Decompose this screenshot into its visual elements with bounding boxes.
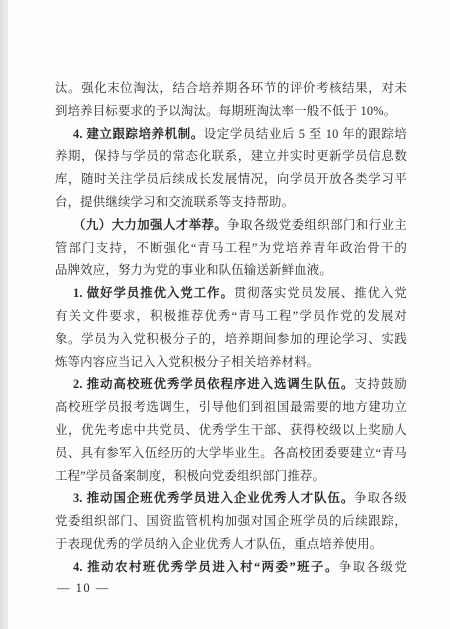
text-line: 3. 推动国企班优秀学员进入企业优秀人才队伍。争取各级 bbox=[55, 487, 407, 510]
line-body-text: 有关文件要求，积极推荐优秀“青马工程”学员作党的发展对 bbox=[55, 309, 407, 323]
page-left-edge-shadow bbox=[0, 0, 8, 629]
text-line: （九）大力加强人才举荐。争取各级党委组织部门和行业主 bbox=[55, 214, 407, 237]
text-line: 2. 推动高校班优秀学员依程序进入选调生队伍。支持鼓励 bbox=[55, 373, 407, 396]
page-number: — 10 — bbox=[57, 578, 110, 598]
text-line: 库，随时关注学员后续成长发展情况，向学员开放各类学习平 bbox=[55, 168, 407, 191]
line-body-text: 贯彻落实党员发展、推优入党 bbox=[234, 286, 407, 300]
text-line: 炼等内容应当记入入党积极分子相关培养材料。 bbox=[55, 351, 407, 374]
text-line: 业，优先考虑中共党员、优秀学生干部、获得校级以上奖励人 bbox=[55, 419, 407, 442]
line-body-text: 于表现优秀的学员纳入企业优秀人才队伍，重点培养使用。 bbox=[55, 537, 382, 551]
text-line: 台，提供继续学习和交流联系等支持帮助。 bbox=[55, 191, 407, 214]
text-line: 党委组织部门、国资监管机构加强对国企班学员的后续跟踪，对 bbox=[55, 510, 407, 533]
line-body-text: 争取各级党 bbox=[339, 560, 407, 574]
line-body-text: 支持鼓励 bbox=[354, 377, 407, 391]
line-body-text: 工程”学员备案制度，积极向党委组织部门推荐。 bbox=[55, 469, 325, 483]
line-body-text: 炼等内容应当记入入党积极分子相关培养材料。 bbox=[55, 355, 319, 369]
line-body-text: 象。学员为入党积极分子的，培养期间参加的理论学习、实践锻 bbox=[55, 332, 407, 351]
paragraph-lead-text: 4. 推动农村班优秀学员进入村“两委”班子。 bbox=[73, 560, 339, 574]
line-body-text: 管部门支持，不断强化“青马工程”为党培养青年政治骨干的 bbox=[55, 241, 407, 255]
line-body-text: 品牌效应，努力为党的事业和队伍输送新鲜血液。 bbox=[55, 263, 332, 277]
line-body-text: 台，提供继续学习和交流联系等支持帮助。 bbox=[55, 195, 294, 209]
line-body-text: 到培养目标要求的予以淘汰。每期班淘汰率一般不低于 10%。 bbox=[55, 104, 396, 118]
line-body-text: 业，优先考虑中共党员、优秀学生干部、获得校级以上奖励人 bbox=[55, 423, 407, 437]
text-line: 于表现优秀的学员纳入企业优秀人才队伍，重点培养使用。 bbox=[55, 533, 407, 556]
line-body-text: 党委组织部门、国资监管机构加强对国企班学员的后续跟踪，对 bbox=[55, 514, 407, 533]
paragraph-lead-text: 4. 建立跟踪培养机制。 bbox=[73, 127, 204, 141]
text-line: 到培养目标要求的予以淘汰。每期班淘汰率一般不低于 10%。 bbox=[55, 100, 407, 123]
text-line: 品牌效应，努力为党的事业和队伍输送新鲜血液。 bbox=[55, 259, 407, 282]
text-line: 有关文件要求，积极推荐优秀“青马工程”学员作党的发展对 bbox=[55, 305, 407, 328]
text-line: 4. 建立跟踪培养机制。设定学员结业后 5 至 10 年的跟踪培 bbox=[55, 123, 407, 146]
text-line: 管部门支持，不断强化“青马工程”为党培养青年政治骨干的 bbox=[55, 237, 407, 260]
line-body-text: 汰。强化末位淘汰，结合培养期各环节的评价考核结果，对未达 bbox=[55, 81, 407, 100]
line-body-text: 养期，保持与学员的常态化联系，建立并实时更新学员信息数据 bbox=[55, 149, 407, 168]
paragraph-lead-text: 1. 做好学员推优入党工作。 bbox=[73, 286, 234, 300]
paragraph-lead-text: （九）大力加强人才举荐。 bbox=[73, 218, 227, 232]
scanned-document-page: 汰。强化末位淘汰，结合培养期各环节的评价考核结果，对未达到培养目标要求的予以淘汰… bbox=[0, 0, 450, 629]
line-body-text: 争取各级 bbox=[354, 491, 407, 505]
text-line: 4. 推动农村班优秀学员进入村“两委”班子。争取各级党 bbox=[55, 556, 407, 579]
paragraph-lead-text: 2. 推动高校班优秀学员依程序进入选调生队伍。 bbox=[73, 377, 354, 391]
text-line: 工程”学员备案制度，积极向党委组织部门推荐。 bbox=[55, 465, 407, 488]
text-line: 1. 做好学员推优入党工作。贯彻落实党员发展、推优入党 bbox=[55, 282, 407, 305]
text-line: 汰。强化末位淘汰，结合培养期各环节的评价考核结果，对未达 bbox=[55, 77, 407, 100]
text-line: 高校班学员报考选调生，引导他们到祖国最需要的地方建功立 bbox=[55, 396, 407, 419]
line-body-text: 库，随时关注学员后续成长发展情况，向学员开放各类学习平 bbox=[55, 172, 407, 186]
line-body-text: 高校班学员报考选调生，引导他们到祖国最需要的地方建功立 bbox=[55, 400, 407, 414]
line-body-text: 设定学员结业后 5 至 10 年的跟踪培 bbox=[204, 127, 407, 141]
text-line: 员、具有参军入伍经历的大学毕业生。各高校团委要建立“青马 bbox=[55, 442, 407, 465]
line-body-text: 争取各级党委组织部门和行业主 bbox=[227, 218, 407, 232]
document-body-text: 汰。强化末位淘汰，结合培养期各环节的评价考核结果，对未达到培养目标要求的予以淘汰… bbox=[55, 77, 407, 579]
text-line: 养期，保持与学员的常态化联系，建立并实时更新学员信息数据 bbox=[55, 145, 407, 168]
line-body-text: 员、具有参军入伍经历的大学毕业生。各高校团委要建立“青马 bbox=[55, 446, 407, 460]
text-line: 象。学员为入党积极分子的，培养期间参加的理论学习、实践锻 bbox=[55, 328, 407, 351]
paragraph-lead-text: 3. 推动国企班优秀学员进入企业优秀人才队伍。 bbox=[73, 491, 354, 505]
